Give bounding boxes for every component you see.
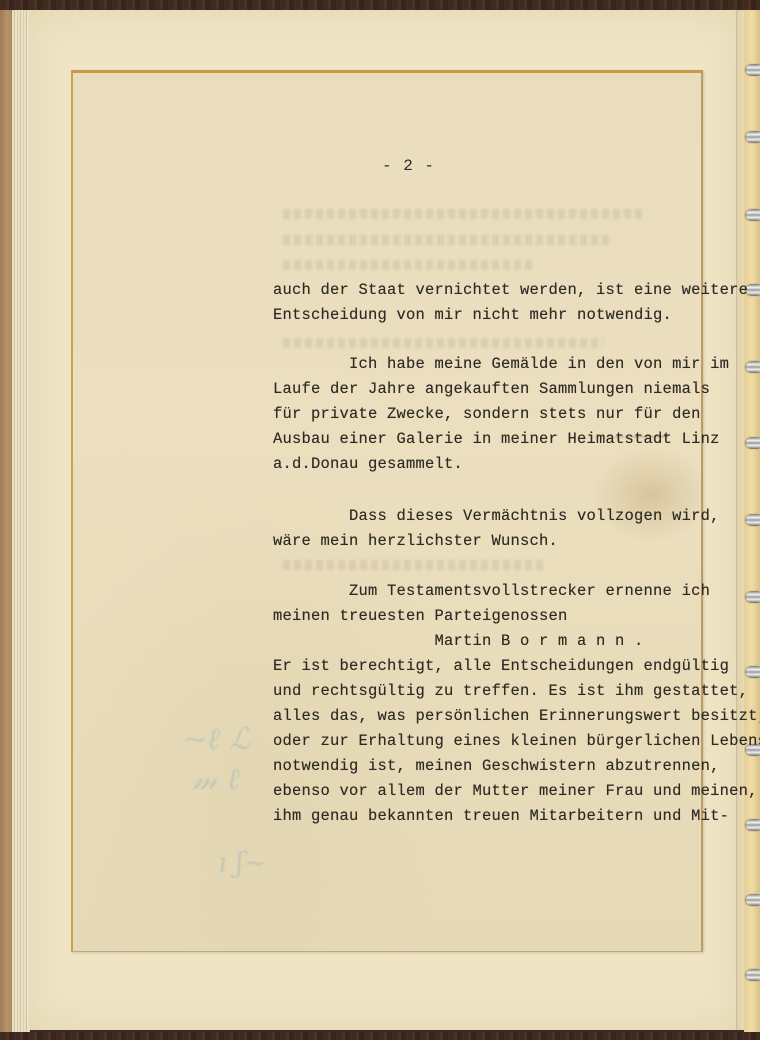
body-line: für private Zwecke, sondern stets nur fü… xyxy=(273,405,701,423)
album-cover-left-edge xyxy=(0,10,12,1032)
binder-ring-icon xyxy=(746,209,760,221)
body-line: Ich habe meine Gemälde in den von mir im xyxy=(273,355,729,373)
binder-ring-icon xyxy=(746,437,760,449)
executor-name: Martin B o r m a n n . xyxy=(273,632,644,650)
album-cover-top-edge xyxy=(0,0,760,10)
binder-ring-icon xyxy=(746,666,760,678)
body-line: und rechtsgültig zu treffen. Es ist ihm … xyxy=(273,682,748,700)
body-line: oder zur Erhaltung eines kleinen bürgerl… xyxy=(273,732,760,750)
body-line: Er ist berechtigt, alle Entscheidungen e… xyxy=(273,657,729,675)
bleed-through-line xyxy=(283,338,603,348)
page-stack-edge xyxy=(12,10,30,1032)
body-line: ebenso vor allem der Mutter meiner Frau … xyxy=(273,782,758,800)
binder-ring-icon xyxy=(746,361,760,373)
binder-ring-icon xyxy=(746,131,760,143)
body-line: alles das, was persönlichen Erinnerungsw… xyxy=(273,707,760,725)
binder-ring-icon xyxy=(746,819,760,831)
body-line: Dass dieses Vermächtnis vollzogen wird, xyxy=(273,507,720,525)
body-line: Ausbau einer Galerie in meiner Heimatsta… xyxy=(273,430,720,448)
binder-ring-icon xyxy=(746,64,760,76)
body-line: Zum Testamentsvollstrecker ernenne ich xyxy=(273,582,710,600)
binder-ring-icon xyxy=(746,894,760,906)
body-line: wäre mein herzlichster Wunsch. xyxy=(273,532,558,550)
bleed-through-line xyxy=(283,560,543,570)
binder-ring-icon xyxy=(746,969,760,981)
bleed-through-line xyxy=(283,260,533,270)
bleed-through-line xyxy=(283,209,643,219)
body-line: a.d.Donau gesammelt. xyxy=(273,455,463,473)
body-line: auch der Staat vernichtet werden, ist ei… xyxy=(273,281,748,299)
body-line: meinen treuesten Parteigenossen xyxy=(273,607,568,625)
body-line: notwendig ist, meinen Geschwistern abzut… xyxy=(273,757,720,775)
bleed-through-line xyxy=(283,235,613,245)
body-line: ihm genau bekannten treuen Mitarbeitern … xyxy=(273,807,729,825)
body-line: Entscheidung von mir nicht mehr notwendi… xyxy=(273,306,672,324)
album-cover-bottom-edge xyxy=(0,1032,760,1040)
binder-ring-icon xyxy=(746,284,760,296)
binder-ring-icon xyxy=(746,591,760,603)
album-scan: ~ℓ ℒ 𝓂 ℓ ı ʃ~ - 2 - auch der Staat verni… xyxy=(0,0,760,1040)
page-number: - 2 - xyxy=(382,157,435,175)
body-line: Laufe der Jahre angekauften Sammlungen n… xyxy=(273,380,710,398)
binder-ring-icon xyxy=(746,514,760,526)
